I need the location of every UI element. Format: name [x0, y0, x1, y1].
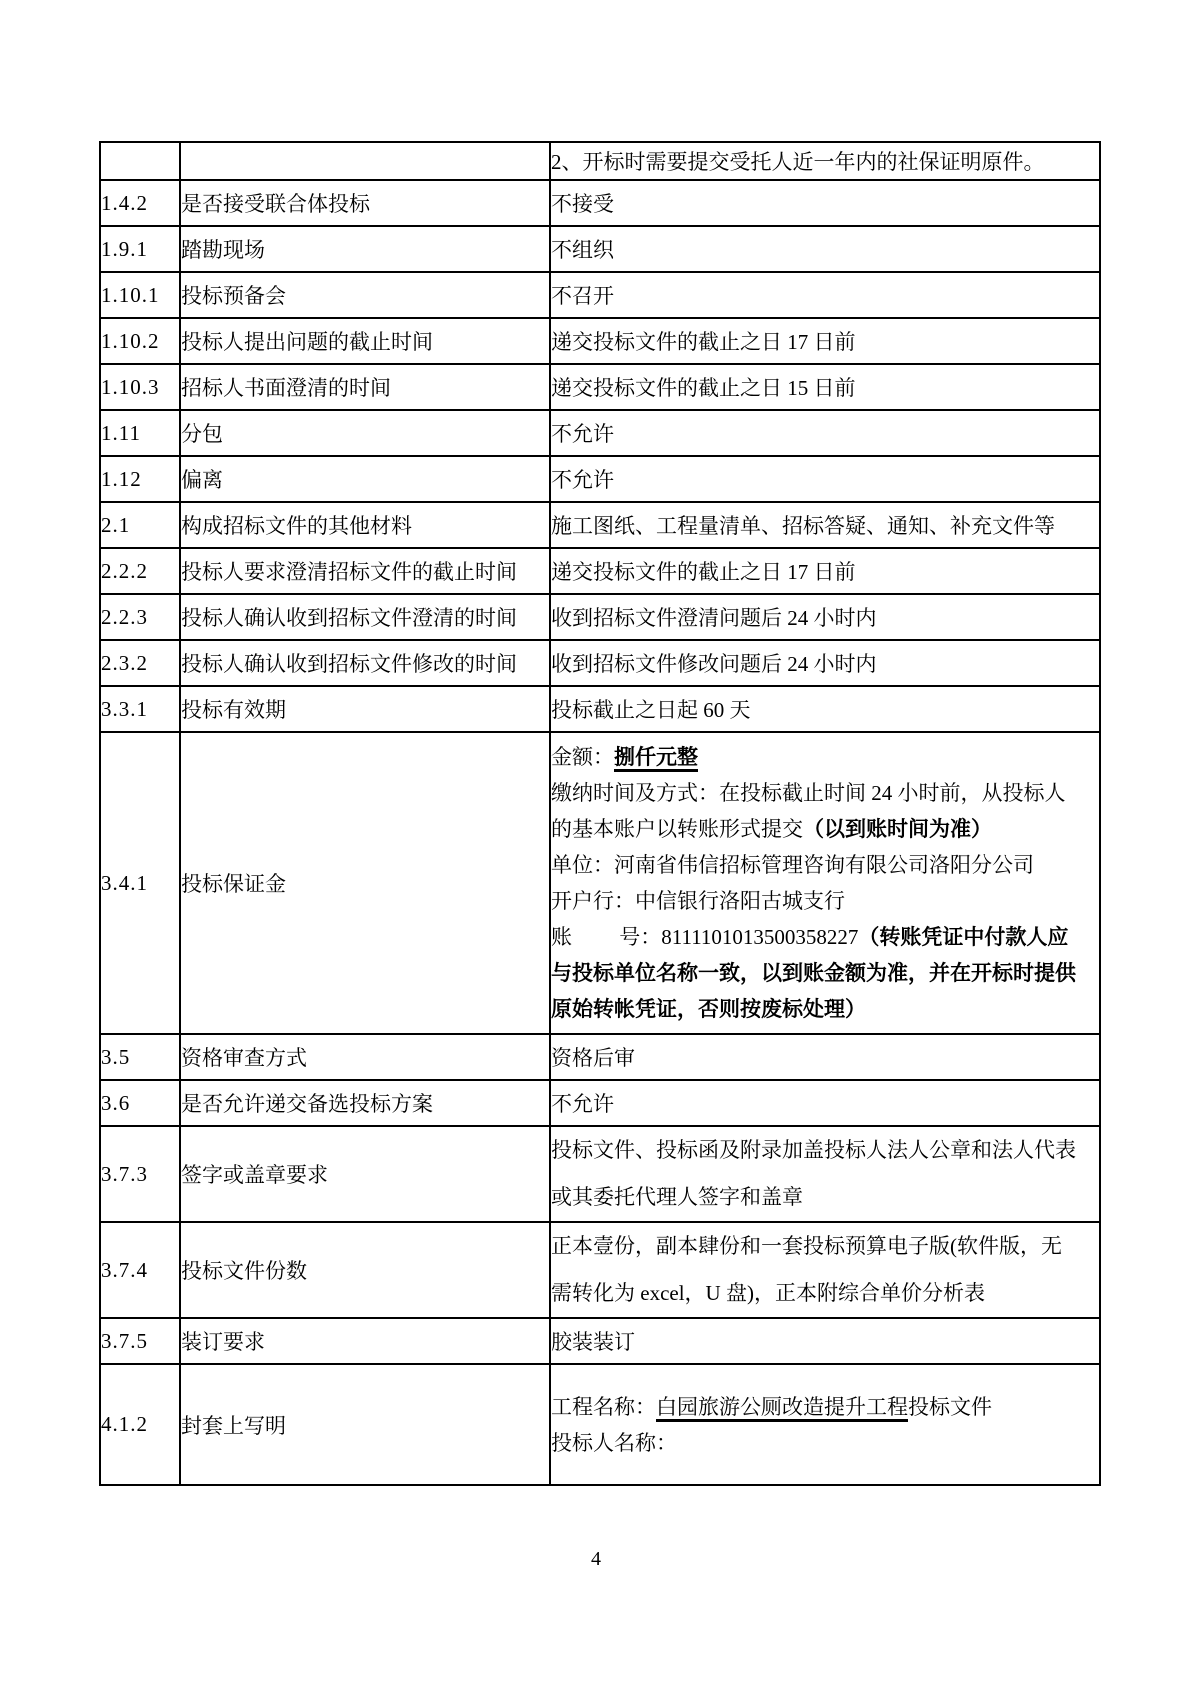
- table-row: 1.11 分包 不允许: [100, 410, 1100, 456]
- item-number-cell: 3.3.1: [100, 686, 180, 732]
- item-number-cell: 3.4.1: [100, 732, 180, 1034]
- item-label-cell: 资格审查方式: [180, 1034, 550, 1080]
- item-number-cell: 3.5: [100, 1034, 180, 1080]
- item-value-cell: 递交投标文件的截止之日 17 日前: [550, 548, 1100, 594]
- item-label-cell: 投标人确认收到招标文件澄清的时间: [180, 594, 550, 640]
- item-label-cell: 偏离: [180, 456, 550, 502]
- item-value-cell: 不组织: [550, 226, 1100, 272]
- deposit-amount-line: 金额：捌仟元整: [551, 739, 1099, 775]
- table-row: 3.7.3 签字或盖章要求 投标文件、投标函及附录加盖投标人法人公章和法人代表 …: [100, 1126, 1100, 1222]
- table-row: 3.3.1 投标有效期 投标截止之日起 60 天: [100, 686, 1100, 732]
- table-row: 3.7.5 装订要求 胶装装订: [100, 1318, 1100, 1364]
- table-row: 2.2.2 投标人要求澄清招标文件的截止时间 递交投标文件的截止之日 17 日前: [100, 548, 1100, 594]
- item-label-cell: 封套上写明: [180, 1364, 550, 1485]
- item-label-cell: 分包: [180, 410, 550, 456]
- deposit-account-line: 账 号：8111101013500358227（转账凭证中付款人应: [551, 919, 1099, 955]
- item-label-cell: 投标有效期: [180, 686, 550, 732]
- item-number-cell: 3.7.4: [100, 1222, 180, 1318]
- item-value-cell: 不允许: [550, 456, 1100, 502]
- table-row: 3.7.4 投标文件份数 正本壹份，副本肆份和一套投标预算电子版(软件版，无 需…: [100, 1222, 1100, 1318]
- envelope-bidder-line: 投标人名称：: [551, 1425, 1099, 1461]
- item-number-cell: 2.2.3: [100, 594, 180, 640]
- item-label-cell: 投标人要求澄清招标文件的截止时间: [180, 548, 550, 594]
- item-value-cell: 不接受: [550, 180, 1100, 226]
- deposit-amount-value: 捌仟元整: [614, 745, 698, 769]
- deposit-note-line: 与投标单位名称一致，以到账金额为准，并在开标时提供: [551, 955, 1099, 991]
- item-number-cell: 1.11: [100, 410, 180, 456]
- table-row: 1.10.3 招标人书面澄清的时间 递交投标文件的截止之日 15 日前: [100, 364, 1100, 410]
- table-row: 2.1 构成招标文件的其他材料 施工图纸、工程量清单、招标答疑、通知、补充文件等: [100, 502, 1100, 548]
- project-name: 白园旅游公厕改造提升工程: [656, 1395, 908, 1419]
- table-row: 2.2.3 投标人确认收到招标文件澄清的时间 收到招标文件澄清问题后 24 小时…: [100, 594, 1100, 640]
- table-row-envelope: 4.1.2 封套上写明 工程名称：白园旅游公厕改造提升工程投标文件 投标人名称：: [100, 1364, 1100, 1485]
- deposit-payment-line: 缴纳时间及方式：在投标截止时间 24 小时前，从投标人: [551, 775, 1099, 811]
- item-number-cell: 2.1: [100, 502, 180, 548]
- deposit-payment-line2: 的基本账户以转账形式提交（以到账时间为准）: [551, 811, 1099, 847]
- item-label-cell: 投标预备会: [180, 272, 550, 318]
- item-value-cell: 收到招标文件修改问题后 24 小时内: [550, 640, 1100, 686]
- item-label-cell: 投标保证金: [180, 732, 550, 1034]
- item-value-cell: 收到招标文件澄清问题后 24 小时内: [550, 594, 1100, 640]
- item-number-cell: 2.2.2: [100, 548, 180, 594]
- item-value-cell: 施工图纸、工程量清单、招标答疑、通知、补充文件等: [550, 502, 1100, 548]
- item-number-cell: 1.4.2: [100, 180, 180, 226]
- table-row: 1.9.1 踏勘现场 不组织: [100, 226, 1100, 272]
- envelope-project-line: 工程名称：白园旅游公厕改造提升工程投标文件: [551, 1389, 1099, 1425]
- item-label-cell: 是否接受联合体投标: [180, 180, 550, 226]
- item-value-cell: 递交投标文件的截止之日 17 日前: [550, 318, 1100, 364]
- item-number-cell: 2.3.2: [100, 640, 180, 686]
- deposit-bank-line: 开户行：中信银行洛阳古城支行: [551, 883, 1099, 919]
- item-number-cell: 1.10.1: [100, 272, 180, 318]
- item-value-cell: 不召开: [550, 272, 1100, 318]
- item-number-cell: 1.12: [100, 456, 180, 502]
- item-label-cell: 招标人书面澄清的时间: [180, 364, 550, 410]
- item-value-cell: 金额：捌仟元整 缴纳时间及方式：在投标截止时间 24 小时前，从投标人 的基本账…: [550, 732, 1100, 1034]
- item-label-cell: 投标人确认收到招标文件修改的时间: [180, 640, 550, 686]
- item-number-cell: 1.10.3: [100, 364, 180, 410]
- deposit-note-line2: 原始转帐凭证，否则按废标处理）: [551, 991, 1099, 1027]
- item-number-cell: 3.6: [100, 1080, 180, 1126]
- table-row: 1.4.2 是否接受联合体投标 不接受: [100, 180, 1100, 226]
- item-value-cell: 递交投标文件的截止之日 15 日前: [550, 364, 1100, 410]
- item-value-cell: 投标文件、投标函及附录加盖投标人法人公章和法人代表 或其委托代理人签字和盖章: [550, 1126, 1100, 1222]
- item-label-cell: 签字或盖章要求: [180, 1126, 550, 1222]
- item-label-cell: 构成招标文件的其他材料: [180, 502, 550, 548]
- table-row-bid-deposit: 3.4.1 投标保证金 金额：捌仟元整 缴纳时间及方式：在投标截止时间 24 小…: [100, 732, 1100, 1034]
- table-row: 2.3.2 投标人确认收到招标文件修改的时间 收到招标文件修改问题后 24 小时…: [100, 640, 1100, 686]
- item-number-cell: [100, 142, 180, 180]
- item-value-cell: 资格后审: [550, 1034, 1100, 1080]
- item-number-cell: 3.7.3: [100, 1126, 180, 1222]
- table-row: 1.12 偏离 不允许: [100, 456, 1100, 502]
- item-label-cell: 投标文件份数: [180, 1222, 550, 1318]
- table-row: 1.10.1 投标预备会 不召开: [100, 272, 1100, 318]
- table-row: 1.10.2 投标人提出问题的截止时间 递交投标文件的截止之日 17 日前: [100, 318, 1100, 364]
- bid-conditions-table: 2、开标时需要提交受托人近一年内的社保证明原件。 1.4.2 是否接受联合体投标…: [99, 141, 1101, 1486]
- item-label-cell: 踏勘现场: [180, 226, 550, 272]
- item-label-cell: 装订要求: [180, 1318, 550, 1364]
- item-value-cell: 2、开标时需要提交受托人近一年内的社保证明原件。: [550, 142, 1100, 180]
- item-number-cell: 3.7.5: [100, 1318, 180, 1364]
- item-number-cell: 1.10.2: [100, 318, 180, 364]
- item-value-cell: 正本壹份，副本肆份和一套投标预算电子版(软件版，无 需转化为 excel，U 盘…: [550, 1222, 1100, 1318]
- item-value-cell: 胶装装订: [550, 1318, 1100, 1364]
- item-number-cell: 1.9.1: [100, 226, 180, 272]
- deposit-company-line: 单位：河南省伟信招标管理咨询有限公司洛阳分公司: [551, 847, 1099, 883]
- item-label-cell: [180, 142, 550, 180]
- item-value-cell: 不允许: [550, 1080, 1100, 1126]
- page-number: 4: [99, 1548, 1093, 1571]
- table-row: 3.6 是否允许递交备选投标方案 不允许: [100, 1080, 1100, 1126]
- item-value-cell: 工程名称：白园旅游公厕改造提升工程投标文件 投标人名称：: [550, 1364, 1100, 1485]
- item-label-cell: 投标人提出问题的截止时间: [180, 318, 550, 364]
- document-page: 2、开标时需要提交受托人近一年内的社保证明原件。 1.4.2 是否接受联合体投标…: [0, 0, 1191, 1684]
- table-row: 3.5 资格审查方式 资格后审: [100, 1034, 1100, 1080]
- item-number-cell: 4.1.2: [100, 1364, 180, 1485]
- item-value-cell: 不允许: [550, 410, 1100, 456]
- item-label-cell: 是否允许递交备选投标方案: [180, 1080, 550, 1126]
- item-value-cell: 投标截止之日起 60 天: [550, 686, 1100, 732]
- table-row: 2、开标时需要提交受托人近一年内的社保证明原件。: [100, 142, 1100, 180]
